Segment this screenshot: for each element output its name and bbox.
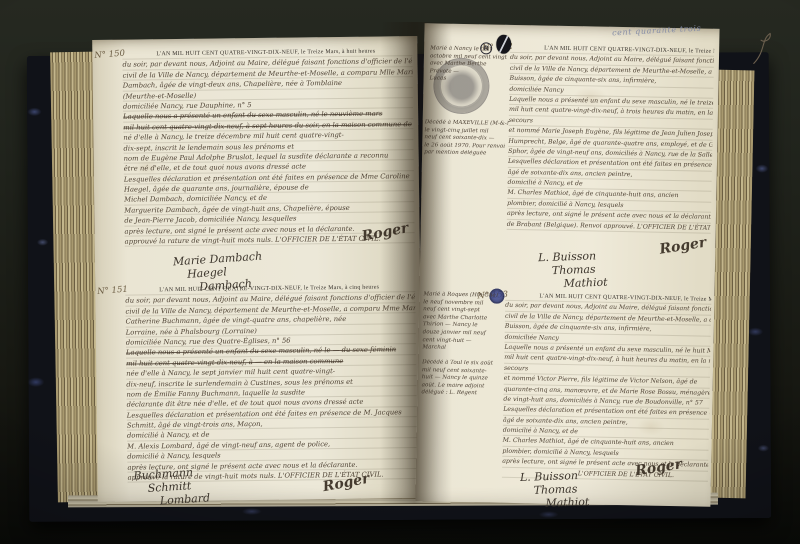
witness-signatures: BuchmannSchmittLombard — [133, 467, 210, 507]
photo-background: N° 150 L'AN MIL HUIT CENT QUATRE-VINGT-D… — [0, 0, 800, 544]
officer-signature: Roger — [658, 235, 707, 258]
marriage-margin-note: Marié à Roques (Hte-Gne)le neuf novembre… — [422, 291, 503, 353]
signature: Mathiot — [545, 495, 589, 509]
register-book: N° 150 L'AN MIL HUIT CENT QUATRE-VINGT-D… — [28, 18, 772, 524]
act-text: L'AN MIL HUIT CENT QUATRE-VINGT-DIX-NEUF… — [502, 291, 712, 482]
witness-signatures: L. BuissonThomasMathiot — [519, 469, 590, 509]
margin-note-line: délégué : L. Régent — [421, 390, 503, 399]
act-153: N° 153 Marié à Roques (Hte-Gne)le neuf n… — [502, 291, 712, 482]
death-margin-note: Décédé à Toul le six aoûtmil neuf cent s… — [421, 359, 504, 399]
right-page: N° 152 R Marié à Nancy le huitoctobre mi… — [415, 23, 719, 507]
margin-note-line: par mention déléguée — [424, 150, 508, 159]
act-152: N° 152 R Marié à Nancy le huitoctobre mi… — [507, 43, 715, 234]
margin-note-line: Marchal — [422, 344, 502, 353]
signature: Lombard — [159, 491, 210, 507]
signature: Mathiot — [563, 276, 607, 290]
pen-flourish-icon — [744, 28, 775, 67]
act-number: N° 150 — [94, 49, 125, 61]
act-150: N° 150 L'AN MIL HUIT CENT QUATRE-VINGT-D… — [122, 46, 414, 247]
marriage-margin-note: Marié à Nancy le huitoctobre mil neuf ce… — [429, 45, 508, 84]
margin-note-line: Lucas — [429, 76, 507, 85]
act-151: N° 151 L'AN MIL HUIT CENT QUATRE-VINGT-D… — [125, 282, 417, 483]
death-margin-note: Décédé à MAXÉVILLE (M-&-M)le vingt-cinq … — [424, 119, 509, 159]
act-text: L'AN MIL HUIT CENT QUATRE-VINGT-DIX-NEUF… — [122, 46, 414, 247]
act-text: L'AN MIL HUIT CENT QUATRE-VINGT-DIX-NEUF… — [507, 43, 715, 234]
witness-signatures: L. BuissonThomasMathiot — [538, 249, 609, 289]
left-page: N° 150 L'AN MIL HUIT CENT QUATRE-VINGT-D… — [92, 36, 423, 502]
act-text: L'AN MIL HUIT CENT QUATRE-VINGT-DIX-NEUF… — [125, 282, 417, 483]
act-number: N° 151 — [97, 285, 128, 297]
